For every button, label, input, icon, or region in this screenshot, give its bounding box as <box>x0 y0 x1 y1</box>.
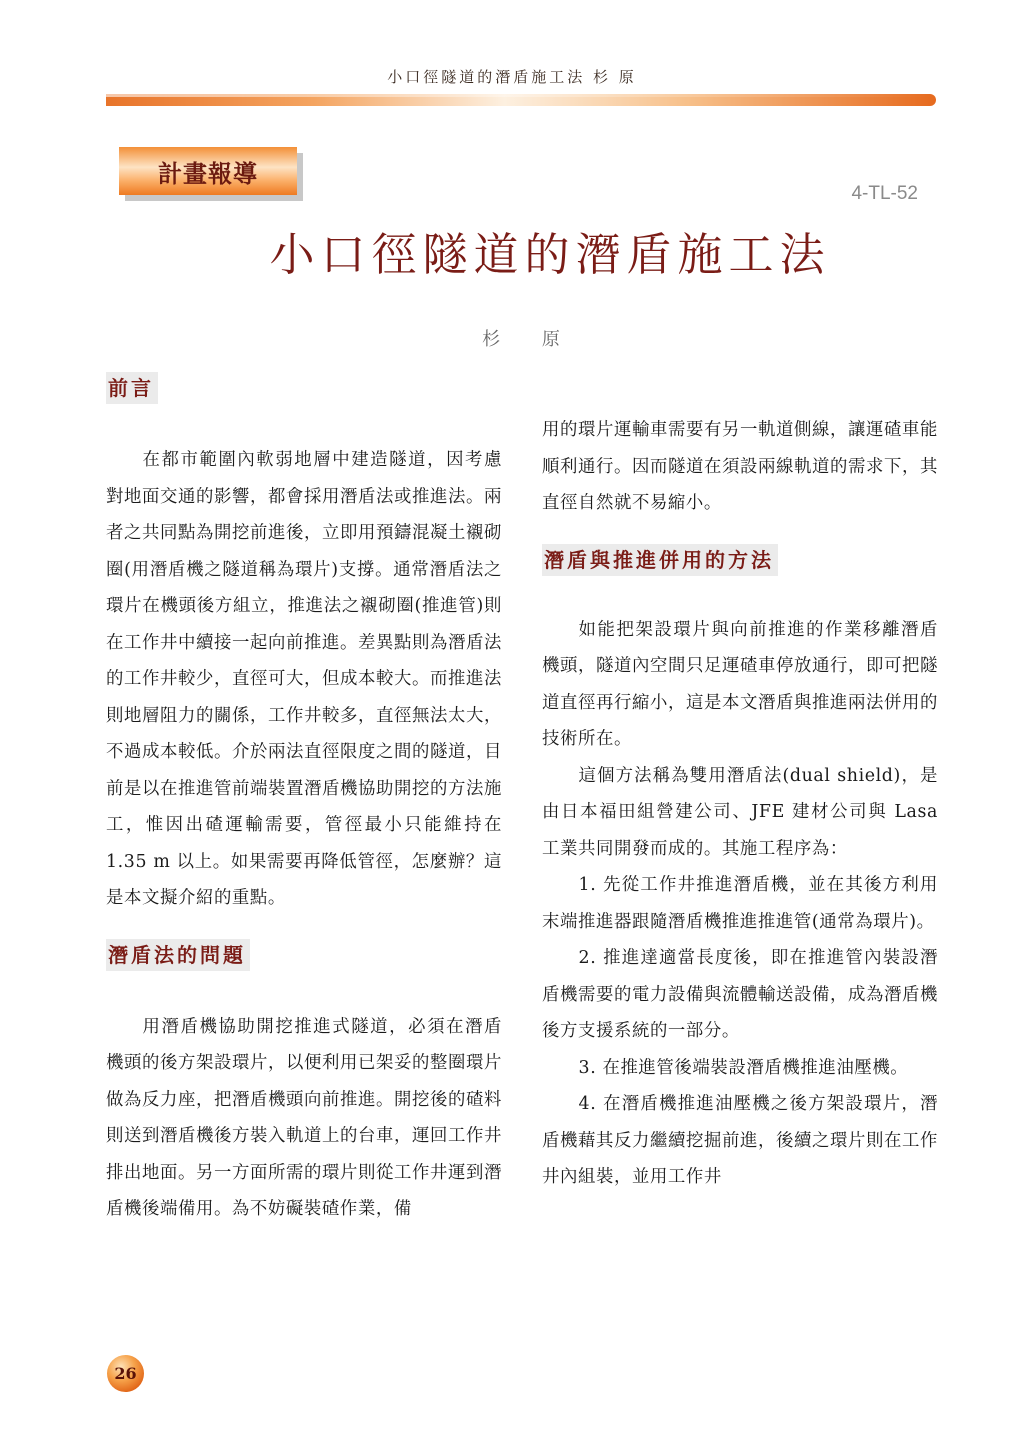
article-title: 小口徑隧道的潛盾施工法 <box>0 218 1024 283</box>
right-column: 用的環片運輸車需要有另一軌道側線，讓運碴車能順利通行。因而隧道在須設兩線軌道的需… <box>542 412 938 1196</box>
paragraph: 如能把架設環片與向前推進的作業移離潛盾機頭，隧道內空間只足運碴車停放通行，即可把… <box>542 612 938 758</box>
header-rule-divider <box>106 94 936 106</box>
paragraph: 在都市範圍內軟弱地層中建造隧道，因考慮對地面交通的影響，都會採用潛盾法或推進法。… <box>106 442 502 917</box>
section-heading-shield-problem: 潛盾法的問題 <box>106 939 250 971</box>
section-heading-combined-method: 潛盾與推進併用的方法 <box>542 544 778 576</box>
author-name: 杉 原 <box>0 325 1024 351</box>
paragraph: 這個方法稱為雙用潛盾法(dual shield)，是由日本福田組營建公司、JFE… <box>542 758 938 868</box>
running-header: 小口徑隧道的潛盾施工法 杉 原 <box>0 66 1024 87</box>
left-column: 前言 在都市範圍內軟弱地層中建造隧道，因考慮對地面交通的影響，都會採用潛盾法或推… <box>106 372 502 1228</box>
procedure-step-1: 1. 先從工作井推進潛盾機，並在其後方利用末端推進器跟隨潛盾機推進推進管(通常為… <box>542 867 938 940</box>
paragraph-continuation: 用的環片運輸車需要有另一軌道側線，讓運碴車能順利通行。因而隧道在須設兩線軌道的需… <box>542 412 938 522</box>
section-heading-preface: 前言 <box>106 372 158 404</box>
procedure-step-2: 2. 推進達適當長度後，即在推進管內裝設潛盾機需要的電力設備與流體輸送設備，成為… <box>542 940 938 1050</box>
document-code: 4-TL-52 <box>851 183 918 205</box>
procedure-step-3: 3. 在推進管後端裝設潛盾機推進油壓機。 <box>542 1050 938 1087</box>
category-badge: 計畫報導 <box>119 147 297 195</box>
procedure-step-4: 4. 在潛盾機推進油壓機之後方架設環片，潛盾機藉其反力繼續挖掘前進，後續之環片則… <box>542 1086 938 1196</box>
page-number-badge: 26 <box>107 1355 144 1392</box>
paragraph: 用潛盾機協助開挖推進式隧道，必須在潛盾機頭的後方架設環片，以便利用已架妥的整圈環… <box>106 1009 502 1228</box>
